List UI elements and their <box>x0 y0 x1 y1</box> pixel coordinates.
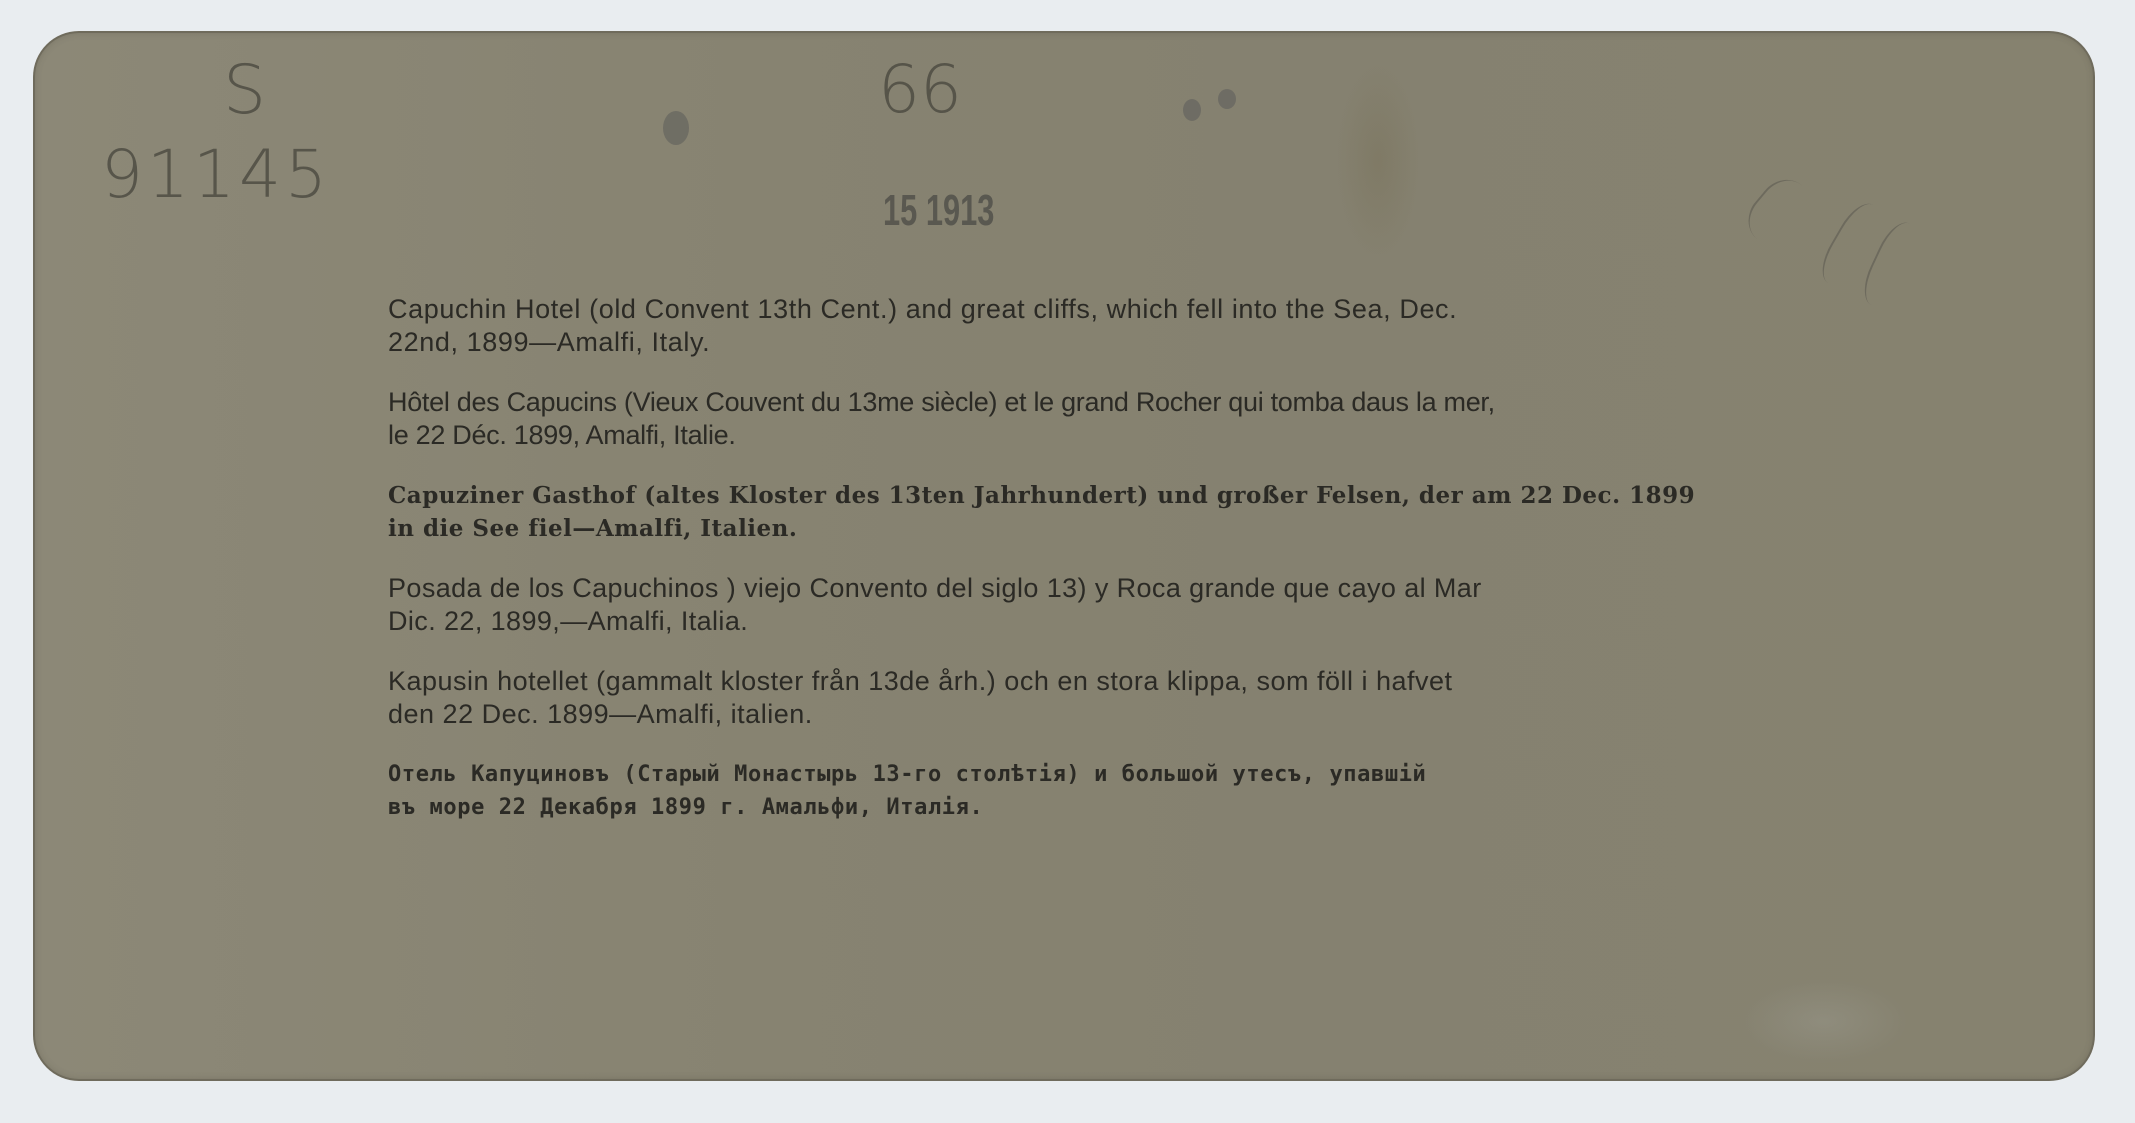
handwritten-top-number: 66 <box>878 51 962 128</box>
stereoview-card-back: S 91145 66 15 1913 Capuchin Hotel (old C… <box>33 31 2095 1081</box>
caption-french: Hôtel des Capucins (Vieux Couvent du 13m… <box>388 386 1808 452</box>
pencil-scribble <box>1738 169 1830 262</box>
caption-block: Capuchin Hotel (old Convent 13th Cent.) … <box>388 293 1808 851</box>
handwritten-catalog-number: 91145 <box>101 136 331 213</box>
caption-line: Kapusin hotellet (gammalt kloster från 1… <box>388 666 1453 696</box>
stain-spot <box>663 111 689 145</box>
stain-spot <box>1183 99 1201 121</box>
caption-russian: Отель Капуциновъ (Старый Монастырь 13-го… <box>388 758 1808 824</box>
caption-line: in die See fiel—Amalfi, Italien. <box>450 512 1808 545</box>
caption-line: Capuziner Gasthof (altes Kloster des 13t… <box>388 482 1695 509</box>
caption-line: 22nd, 1899—Amalfi, Italy. <box>450 326 1808 359</box>
caption-german: Capuziner Gasthof (altes Kloster des 13t… <box>388 479 1808 545</box>
date-stamp: 15 1913 <box>883 186 994 236</box>
caption-line: Capuchin Hotel (old Convent 13th Cent.) … <box>388 294 1457 324</box>
caption-english: Capuchin Hotel (old Convent 13th Cent.) … <box>388 293 1808 359</box>
caption-line: le 22 Déc. 1899, Amalfi, Italie. <box>450 419 1808 452</box>
caption-line: Hôtel des Capucins (Vieux Couvent du 13m… <box>388 387 1495 417</box>
caption-line: den 22 Dec. 1899—Amalfi, italien. <box>450 698 1808 731</box>
caption-line: въ море 22 Декабря 1899 г. Амальфи, Итал… <box>450 791 1808 824</box>
caption-line: Posada de los Capuchinos ) viejo Convent… <box>388 573 1482 603</box>
caption-line: Dic. 22, 1899,—Amalfi, Italia. <box>450 605 1808 638</box>
caption-line: Отель Капуциновъ (Старый Монастырь 13-го… <box>388 762 1426 787</box>
caption-spanish: Posada de los Capuchinos ) viejo Convent… <box>388 572 1808 638</box>
handwritten-letter: S <box>223 51 266 130</box>
stain-spot <box>1218 89 1236 109</box>
caption-swedish: Kapusin hotellet (gammalt kloster från 1… <box>388 665 1808 731</box>
